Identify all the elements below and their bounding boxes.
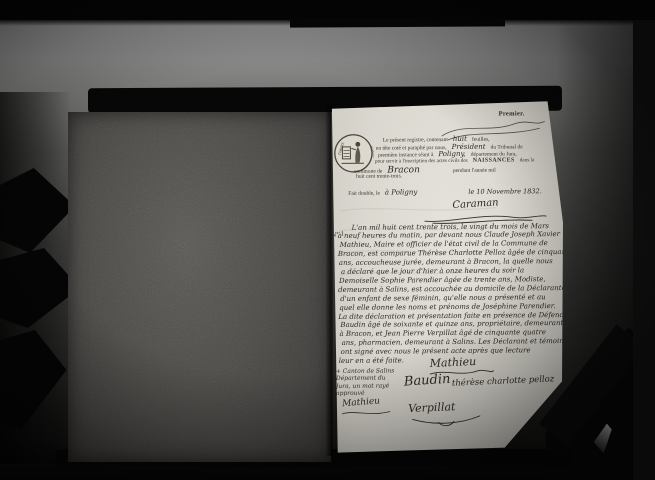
signature-margin: Mathieu [342, 396, 381, 409]
archival-photo-viewer: TIMBRE ROYAL Premier. Le présent registr… [0, 0, 655, 480]
printed-text: dans la [520, 157, 535, 163]
date-line: Fait double, le à Poligny le 10 Novembre… [348, 187, 542, 197]
naissances-heading: NAISSANCES [473, 157, 515, 163]
printed-text: pour servir à l'inscription des actes ci… [375, 157, 468, 164]
film-edge-strip [633, 0, 655, 480]
handwritten-fill: à Poligny [385, 188, 418, 196]
handwritten-date: le 10 Novembre 1832. [468, 187, 541, 196]
margin-note-line: Jura, un mot rayé [336, 382, 395, 390]
paper-grain [68, 112, 331, 462]
signature-paraph-icon [410, 414, 484, 428]
signature-flourish-icon [340, 409, 392, 418]
act-body: L'an mil huit cent trente trois, le ving… [338, 221, 565, 365]
document-page: TIMBRE ROYAL Premier. Le présent registr… [329, 99, 568, 454]
printed-text: huit cent trente-trois. [356, 173, 402, 179]
book-gutter [326, 104, 333, 456]
cover-page [68, 112, 331, 462]
margin-annotation: + Canton de Salins Département du Jura, … [336, 367, 395, 397]
printed-text: Fait double, le [348, 191, 380, 197]
film-top-bar [0, 0, 655, 20]
printed-form-line: huit cent trente-trois. [356, 173, 402, 179]
printed-text: pendant l'année mil [453, 168, 496, 174]
printed-form-line: pour servir à l'inscription des actes ci… [375, 157, 534, 164]
signature-witness2: Verpillat [408, 400, 456, 415]
film-top-notch [290, 17, 505, 27]
signature-witness1: Baudin [403, 372, 450, 390]
